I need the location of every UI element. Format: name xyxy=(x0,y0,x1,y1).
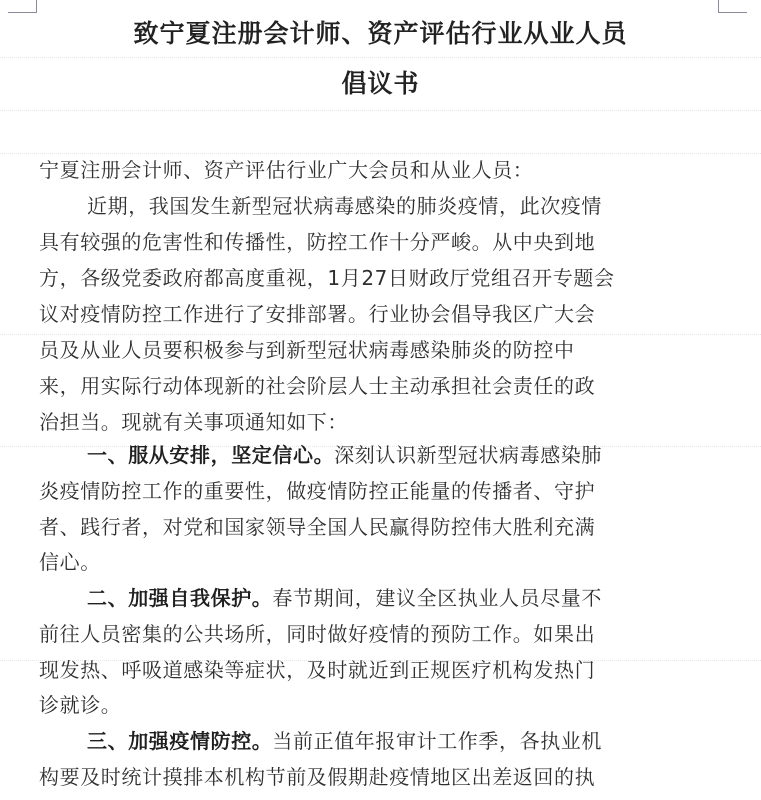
item-3-text: 当前正值年报审计工作季，各执业机 xyxy=(272,729,602,753)
document-page: 致宁夏注册会计师、资产评估行业从业人员 倡议书 宁夏注册会计师、资产评估行业广大… xyxy=(0,0,761,800)
page-corner-mark-top-right xyxy=(718,0,747,13)
item-2-text: 春节期间，建议全区执业人员尽量不 xyxy=(272,586,602,610)
item-2-line: 现发热、呼吸道感染等症状，及时就近到正规医疗机构发热门 xyxy=(39,656,719,684)
item-1-text: 深刻认识新型冠状病毒感染肺 xyxy=(334,443,602,467)
item-2-line: 前往人员密集的公共场所，同时做好疫情的预防工作。如果出 xyxy=(39,620,719,648)
item-1-first-line: 一、服从安排，坚定信心。深刻认识新型冠状病毒感染肺 xyxy=(87,441,761,469)
intro-line: 员及从业人员要积极参与到新型冠状病毒感染肺炎的防控中 xyxy=(39,336,719,364)
item-1-heading: 一、服从安排，坚定信心。 xyxy=(87,443,334,467)
page-corner-mark-top-left xyxy=(8,0,37,13)
item-1-line: 者、践行者，对党和国家领导全国人民赢得防控伟大胜利充满 xyxy=(39,513,719,541)
grid-line xyxy=(0,110,761,111)
item-3-first-line: 三、加强疫情防控。当前正值年报审计工作季，各执业机 xyxy=(87,727,761,755)
grid-line xyxy=(0,334,761,335)
intro-line: 方，各级党委政府都高度重视，1月27日财政厅党组召开专题会 xyxy=(39,264,719,292)
document-title-line-1: 致宁夏注册会计师、资产评估行业从业人员 xyxy=(0,14,761,50)
salutation: 宁夏注册会计师、资产评估行业广大会员和从业人员： xyxy=(39,156,719,184)
item-2-line: 诊就诊。 xyxy=(39,691,719,719)
intro-line: 来，用实际行动体现新的社会阶层人士主动承担社会责任的政 xyxy=(39,372,719,400)
item-2-first-line: 二、加强自我保护。春节期间，建议全区执业人员尽量不 xyxy=(87,584,761,612)
intro-line: 近期，我国发生新型冠状病毒感染的肺炎疫情，此次疫情 xyxy=(87,192,761,220)
intro-line: 具有较强的危害性和传播性，防控工作十分严峻。从中央到地 xyxy=(39,228,719,256)
item-3-heading: 三、加强疫情防控。 xyxy=(87,729,272,753)
item-3-line: 构要及时统计摸排本机构节前及假期赴疫情地区出差返回的执 xyxy=(39,763,719,791)
intro-line: 治担当。现就有关事项通知如下： xyxy=(39,408,719,436)
item-2-heading: 二、加强自我保护。 xyxy=(87,586,272,610)
grid-line xyxy=(0,153,761,154)
item-1-line: 信心。 xyxy=(39,548,719,576)
intro-line: 议对疫情防控工作进行了安排部署。行业协会倡导我区广大会 xyxy=(39,300,719,328)
grid-line xyxy=(0,57,761,58)
document-title-line-2: 倡议书 xyxy=(0,64,761,100)
item-1-line: 炎疫情防控工作的重要性，做疫情防控正能量的传播者、守护 xyxy=(39,477,719,505)
